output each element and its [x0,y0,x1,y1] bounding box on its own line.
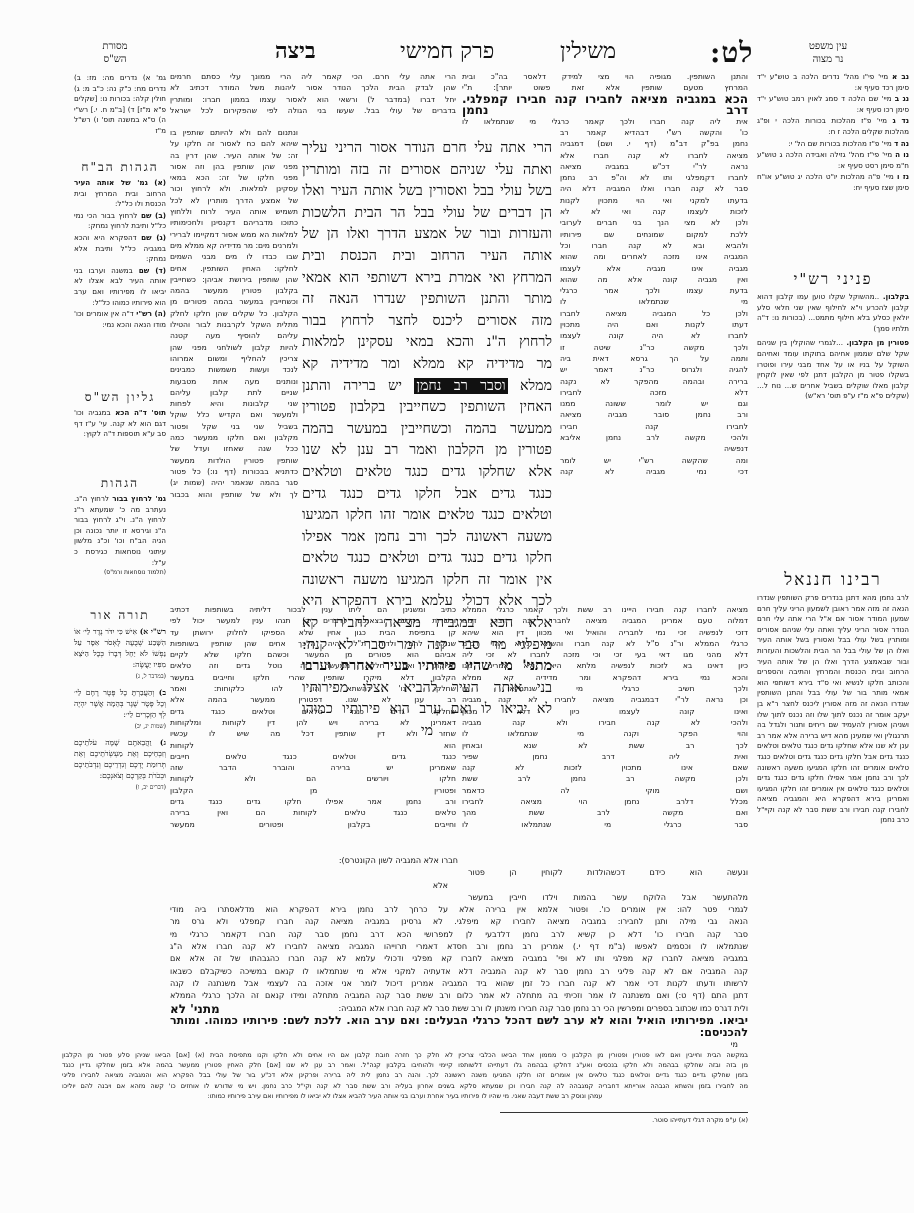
tosafot-line: וחייבים בקלבון ופטורים ממעשר [170,819,456,830]
tosafot-line: שהן שותפין בירושת אביהן: כשחייבין [170,274,298,285]
commentary-line: לגמרי פטר להו: אין אומרים כו'. ופטור אלמ… [170,904,748,916]
tosafot-line: בקלבון פטורין ממעשר בהמה [170,285,298,296]
commentary-line: במגביה מציאה לחברו קא מפלגי ותו לא ופי' … [170,953,748,965]
gemara-line: בשל עולי בבל ואסורין בשל אותה העיר ואלו [302,181,552,203]
highlighted-phrase[interactable]: וסבר רב נחמן [414,378,507,394]
entry-text: מיי' פ"ז מהלכות בכורות הלכה י ופ"ג מהלכו… [757,116,909,136]
tosafot-line: מקלבון ואם חלקו ממעשר כמה [170,432,298,443]
gemara-line: חלקו גדים כנגד גדים וטלאים כנגד טלאים [302,548,552,570]
verse-text: וַהֲבֵאתֶם שָׁמָּה עֹלֹתֵיכֶם וְזִבְחֵיכ… [74,738,166,780]
tosafot-line: שהן לבדק הבית הלכך הנודר אסור ליהנות משל… [170,82,456,93]
rabbeinu-chananel-box: רבינו חננאל לרב נחמן מהא דתנן בנדרים פרק… [757,570,909,1033]
gemara-line: משעה ראשונה לכך ורב נחמן אמר אפילו [302,527,552,549]
entry-text: לרחוץ ה"נ. נעתרב מה כ' שמעתא ר"נ לרחוץ ה… [74,494,166,567]
rashi-line: ברירה ובהמה מהפקר לא נקנה [560,376,748,387]
hagahot-entry: (ד) שם במשנה וערבו בני אותה העיר לבא אצל… [74,266,166,308]
entry-text: מיי' פי"ז מהל' גזילה ואבידה הלכה ג טוש"ע… [757,150,909,170]
tosafot-line: למלאות הא ממש אסור דמקיימו לברירי [170,229,298,240]
footnote-line: בזמן שחלקו גדיים כנגד גדיים וטלאים כנגד … [62,1070,748,1080]
rabbeinu-chananel-text: לרב נחמן מהא דתנן בנדרים פרק השותפין שנד… [757,593,909,1033]
tosafot-line: ככל שנה שאחזו ועדל של [170,443,298,454]
tosafot-line: שותפין פטורין הולדות ממעשר [170,455,298,466]
tosafot-line: להיות קלבון לשולחני מפני שהן [170,342,298,353]
gemara-line: מזה אסורים ליכנס לחצר לרחוץ בבור [302,311,552,333]
entry-mark: (ב) [155,211,166,220]
rashi-line: דנפשיה [560,443,748,454]
entry-lead: בקלבון. [883,292,909,301]
rashi-line: ולכן מקשה רב נחמן לרב ששת [462,773,748,784]
pninei-rashi-title: פניני רש"י [757,270,909,289]
gemara-line: מר מדידיה קא ממלא ומר מדידיה קא [302,354,552,376]
tosafot-line: טלאים כנגד טלאים לקוחות הם ואין ברירה [170,807,456,818]
ornament-divider [896,645,914,655]
entry-mark: (ד) [155,266,166,275]
rashi-line: שאם אינו מתכוין לזכות לא קנה [462,762,748,773]
tosafot-line: הקלבון. כל שקלים שהן חלקו לחלק [170,308,298,319]
tosafot-line: שניים לתת קלבון עליהם [170,387,298,398]
gemara-line: ואתה עלי שניהם אסורים זה בזה ומותרין [302,160,552,182]
tosafot-top: הרי אתה עלי חרם. הכי קאמר ליה הרי ממונך … [170,71,456,116]
rashi-top: והתנן השותפין. מגופיה הוי מצי למידק דלאס… [462,71,748,127]
tosafot-line: מתלית השקל לקרבנות לבור והטילו [170,319,298,330]
commentary-line: קנה המגביה אם לא קנה פליגי רב נחמן סבר ל… [170,966,748,978]
rashi-line: לזכות לעצמו קנה ואי לא לא [560,206,748,217]
gemara-line: ממעשר בהמה וכשחייבין במעשר בהמה [302,419,552,441]
tosafot-line: סגר בהמה שנאמר יהיה (שמות יג) [170,477,298,488]
tosafot-line: עסקינן למלאות. ולא לרחוץ וכור [170,183,298,194]
gemara-line: מותר והתנן השותפין שנדרו הנאה זה [302,289,552,311]
tosafot-line: לך ולא של שותפין והוא בכבור [170,489,298,500]
tosafot-wide: כתיב ומשנינן הם ליתו ענין לבכור דליתיה ב… [170,604,456,850]
ein-mishpat-entry: נג ב מיי' שם הלכה ד סמג לאוין רמב טוש"ע … [757,94,909,115]
rashi-line: להגיה ולגרוס כר"נ דאמר יש [560,364,748,375]
rashi-line: ואית ליה דרב נחמן שפיר [462,751,748,762]
rashi-line: ותמה על הך גרסא דאית ביה [560,353,748,364]
tosafot-line: ורב נחמן אמר אפילו חלקו גדים כנגד גדים [170,796,456,807]
entry-mark: נב א [892,72,909,81]
tosafot-line: שאמרינן יש ברירה והוברר הדבר שזה [170,762,456,773]
tosafot-line: של אמצע הדרך מותרין לא לכל [170,195,298,206]
bottom-commentary: חברו אלא המגביה לשון הקונטרס): ונעשה הוא… [170,855,748,1052]
tosafot-line: שחזר ולא דין שותפין דכל מה שיש לו עכשיו [170,728,456,739]
gemara-line: האחין השותפין כשחייבין בקלבון פטורין [302,397,552,419]
hagahot-entry: (ג) שם דהפקרא היא והכא במגביה כל"ל ותיבת… [74,233,166,265]
tosafot-line: רב ענן לא שנו. דפטורין ממעשר בהמה אלא [170,694,456,705]
rashi-line: דזכי לנפשיה זכי נמי לחבריה והואיל ואי מכ… [462,627,748,638]
rashi-line: לחברו לא היה קונה לעצמו [560,330,748,341]
pninei-rashi-entry: בקלבון. ..מהשוקל שקלו טוען עמו קלבון דהו… [757,292,909,334]
entry-source: (תלמוד נוסחאות ורמ"ס) [74,568,166,579]
entry-text: מיי' שם הלכה ד סמג לאוין רמב טוש"ע י"ד ס… [757,94,909,114]
rashi-line: לכך רב ששת לא שנא ובאחין [462,740,748,751]
tosafot-line: ובכורות בקרכם ובצאנכם (דברים יב) תנהו ענ… [170,615,456,626]
tosafot-line: כתיב ומשנינן הם ליתו ענין לבכור דליתיה ב… [170,604,456,615]
tosafot-line: ולמרנים מים: מר מדידיה קא ממלא מים [170,240,298,251]
rashi-line: מגביה אינו מגביה אלא לעצמו [560,263,748,274]
tosafot-line: עליהם להוסיף מעה קטנה [170,330,298,341]
rashi-line: ושם מוקי לה כדאמר [462,785,748,796]
commentary-line: לרשותו ודעתו לקנות דכי אמר לא קנה חברו כ… [170,978,748,990]
rashi-line: ולהכי מקשה לרב נחמן אליבא [560,432,748,443]
ein-mishpat-entry: נז ו מיי' פ"ה מהלכות יו"ט הלכה יג טוש"ע … [757,172,909,193]
entry-text: מיי' פי"ו מהל' נדרים הלכה ב טוש"ע י"ד סי… [757,72,909,92]
tosafot-line: דאמרינן לא ברירה ויש להן דין לקוחות ומלק… [170,717,456,728]
hagahot-box: הגהות גמ' לרחוץ בבור לרחוץ ה"נ. נעתרב מה… [74,476,166,579]
rashi-line: מי שנתמלאו לו [560,296,748,307]
verse-mark: רש"י א) [140,627,166,636]
rashi-line: הכא במגביה מציאה לחבירו קנה חבירו קמפלגי… [462,94,748,117]
footnote-line: מה לחבירו בזמן והשתא הגבהה אורייתא דחברי… [62,1081,748,1091]
tosafot-line: ופטורין מן הקלבון [170,785,456,796]
rashi-line: וגם יש לומר ששונה ממנו [560,398,748,409]
footnote-line: במקשה הבית וחייבין ואם לאו פטורין ופטורי… [62,1050,748,1060]
rashi-line: נראה לר"י דכ"ש במגביה מציאה [560,161,748,172]
torah-or-verse: ג) וַהֲבֵאתֶם שָׁמָּה עֹלֹתֵיכֶם וְזִבְח… [74,737,166,793]
rashi-line: ללכת למקום שמונחים שם פירותיו [560,229,748,240]
entry-mark: נו ה [895,150,909,159]
gemara-line: הרי אתה עלי חרם הנודר אסור הריני עליך [302,138,552,160]
rashi-line: והוי הפקר וקנה מי שנתמלאו לו [462,728,748,739]
verse-source: (במדבר ל, ג) [136,673,166,680]
rashi-wide: מציאה לחברו קנה חבירו הייינו רב ששת ולכך… [462,604,748,850]
tosafot-line: יחל דברו (במדבר ל) ורשאי הוא לאסור עצמו … [170,94,456,105]
commentary-line: יביאו. מפירותיו הואיל והוא לא ערב לשם דה… [170,1015,748,1040]
rashi-line: ולהכי לא קנה חבירו ולא קנה מגביה [462,717,748,728]
entry-text: לרחוץ בבור הכי נמי כל"ל ותיבת לרחוץ נמחק… [74,211,166,231]
hagahot-entry: (א) גמ' של אותה העיר הרחוב ובית המרחץ וב… [74,178,166,210]
ornament-divider [896,503,914,513]
tosafot-line: וכשחייבין במעשר בהמה פטורים מן [170,296,298,307]
entry-lead: גמ' של אותה העיר [74,178,148,187]
rashi-line: דלא מהני מגו דאי בעי זכי וכי מזכה לחברו … [462,649,748,660]
rashi-line: סבר כרגלי מי שנתמלאו לו [462,819,748,830]
entry-lead: רש"י [136,309,152,318]
masoret-hashas-column: גמ' א) נדרים מה: מז: ב) נדרים מח: כ"ק נה… [74,73,166,137]
rashi-line: דמלוה טעם אמרינן המגביה מציאה לחברו קנה … [462,615,748,626]
entry-text: דהפקרא היא והכא במגביה כל"ל ותיבת אלא נמ… [74,233,166,263]
gilyon-hashas-box: גליון הש"ס תוס' ד"ה הכא במגביה וכו' דגם … [74,390,166,440]
mishnah-label: מתני' לא [170,1003,220,1015]
rashi-line: בדעתו למקני ואי הוי מתכוין לקנות [560,195,748,206]
tosafot-line: אביהם הוא פטורים מן המעשר וכשהם חלקו שלא… [170,649,456,660]
tosafot-line: שני קלבונות והיא לפחות [170,398,298,409]
tosafot-line: כנגד גדים וטלאים כנגד טלאים חייבים [170,751,456,762]
tosafot-line: מפני חלקו של זה: הכא במאי [170,172,298,183]
tosafot-line: בשביל שני בני שקל ופטור [170,421,298,432]
ein-mishpat-entry: נו ה מיי' פי"ז מהל' גזילה ואבידה הלכה ג … [757,150,909,171]
rashi-line: וכן נראה לר"י דבמגביה מציאה לחבירו לא קנ… [462,694,748,705]
masoret-label: מסורת [90,40,140,53]
ner-mitzvah-label: נר מצוה [793,53,863,66]
rashi-line: ולהביא ובא לא קנה חברו וכל [560,240,748,251]
footnote-line: מן בזה ובזה שחלקו בבהמה ולא חלקו בנכסים … [62,1060,748,1070]
gemara-line: כנגד גדים אבל חלקו גדים כנגד גדים [302,484,552,506]
gemara-line: פטורין מן הקלבון ואמר רב ענן לא שנו [302,440,552,462]
tosafot-line: תשמיש אותה העיר לרוח וללחוץ [170,206,298,217]
rashi-line: דלא מזכה לחבירו [560,387,748,398]
gemara-line: אותה העיר הרחוב ובית הכנסת ובית [302,246,552,268]
hagahot-habach-title: הגהות הב"ח [74,160,166,175]
tosafot-line: חלוקתן ואם חלקו ממעשר זה נוטל גדים וזה ט… [170,660,456,671]
gemara-word: ממלא [520,378,552,394]
tosafot-line: זה: של אותה העיר. שהן דרין בה [170,150,298,161]
commentary-text: ולית דגרס כמו שכתוב בספרים ומפרשין הכי ר… [338,1003,748,1015]
commentary-line: שנתמלאו לו וכסמים לאפשו (ב"מ דף י.) אמרי… [170,941,748,953]
ein-mishpat-entry: נה ד מיי' פ"ז מהלכות בכורות שם הל' י: [757,139,909,150]
masoret-hashas-heading: מסורת הש"ס [90,40,140,66]
rashi-line: מכלל דלרב נחמן הוי מציאה לחבירו [462,796,748,807]
tosafot-line: בדברים של עולי בבל. שעשו בני הגולה לפי ש… [170,105,456,116]
rashi-line: כרגלי הממלא ור"נ ס"ל לא קנה חברו והשתא נ… [462,638,748,649]
entry-text: ד"ה אין אומרים וכו' מודו הנאה והכא נמי: [74,309,166,329]
commentary-line: מלהתעשר אבל הלוקח עשר בהמות וילדו חייבין… [468,892,748,904]
entry-text: הרחוב ובית המרחץ ובית הכנסת ולו כל"ל: [74,189,166,209]
rashi-line: נחמן בפ"ק דב"מ (דף י. ושם) דמגביה [560,138,748,149]
rashi-line: כו' והקשה רש"י דבהדיא קאמר רב [560,127,748,138]
rashi-column: כו' והקשה רש"י דבהדיא קאמר רב נחמן בפ"ק … [560,127,748,599]
rashi-line: והכא נמי בירא דהפקרא ומר מדידיה קא ממלא [462,672,748,683]
rashi-line: מציאה לחברו לא קנה חברו אלא [560,150,748,161]
entry-mark: נג ב [895,94,909,103]
tosafot-line: קן בתפיסת הבית כגון אחין שלא הספיקו לחלו… [170,627,456,638]
gilyon-hashas-title: גליון הש"ס [74,390,166,405]
rashi-line: והתנן השותפין. מגופיה הוי מצי למידק דלאס… [462,71,748,82]
gemara-line-highlight: ממלא וסבר רב נחמן יש ברירה והתנן [302,376,552,398]
footnotes: במקשה הבית וחייבין ואם לאו פטורין ופטורי… [62,1050,748,1101]
ornament-divider [896,408,914,418]
entry-lead: גמ' לרחוץ בבור [112,494,166,503]
tosafot-line: כדתניא בבכורות (דף נו:) כל פטור [170,466,298,477]
ein-mishpat-heading: עין משפט נר מצוה [793,40,863,66]
entry-lead: תוס' ד"ה הכא [115,408,166,417]
tosafot-line: שבו כבדו לו מים מבני השמים [170,251,298,262]
torah-or-title: תורה אור [74,608,166,623]
rashi-line: ואין מגביה קונה אלא מה שהוא [560,274,748,285]
verse-mark: ב) [159,688,166,697]
entry-mark: נה ד [894,139,909,148]
verse-mark: ג) [160,738,166,747]
tosafot-line: שחלקו כו' דהשתא הוו להו כלקוחות: ואמר [170,683,456,694]
gemara-line: וטלאים כנגד טלאים אומר זהו חלקו המגיעו [302,505,552,527]
tosafot-line: מפני שהן שותפין בהן וזה אסור [170,161,298,172]
hagahot-entry: (ב) שם לרחוץ בבור הכי נמי כל"ל ותיבת לרח… [74,211,166,232]
tosafot-line: שחלקו. גדים כנגד טלאים וטלאים כנגד גדים [170,706,456,717]
footnote-line: עמהן ונוסק רב ששת דעבה שאני. מי שהיו לו … [62,1091,748,1101]
tosafot-line: ונותנים מעה אחת מטבעות [170,376,298,387]
rashi-line: ואינו קונה לעצמו כיון דלא מכוון [462,706,748,717]
hagahot-entry: (ה) רש"י ד"ה אין אומרים וכו' מודו הנאה ו… [74,309,166,330]
entry-lead: שם [141,233,151,242]
tosafot-line: לנכד ועשות משמשות כמבינים [170,364,298,375]
hagahot-habach-box: הגהות הב"ח (א) גמ' של אותה העיר הרחוב וב… [74,160,166,331]
entry-text: ...לגמרי שהוקלין בין שניהם שקל שלם שממון… [757,338,909,400]
ein-mishpat-label: עין משפט [793,40,863,53]
tosafot-line: חלקו ויורשים הם ולא לקוחות [170,773,456,784]
gemara-line: אלא שחלקו גדים כנגד טלאים וטלאים [302,462,552,484]
entry-mark: (ג) [156,233,166,242]
commentary-line: חברו אלא המגביה לשון הקונטרס): [170,855,748,867]
entry-mark: (ה) [154,309,166,318]
verse-text: וְהַעֲבַרְתָּ כָל פֶּטֶר רֶחֶם לַי׳ וְכָ… [74,688,166,719]
footnote-divider [500,1112,748,1113]
rashi-line: סבר לא קנה חברו ואלו המגביה דלא היה [560,183,748,194]
torah-or-verse: רש"י א) אִישׁ כִּי יִדֹּר נֶדֶר לַי׳ אוֹ… [74,626,166,682]
gemara-line: המרחץ ואי אמרת בירא דשותפי הוא אמאי [302,268,552,290]
rashi-line: ורב נחמן סובר מגביה מציאה [560,409,748,420]
tosafot-line: כתוכו מדבריהם דקנסינן ולחכימותיו [170,217,298,228]
rashi-line: ואם מקשה לרב ששת מהך [462,807,748,818]
chapter-number: פרק חמישי [400,38,494,64]
commentary-line: הנאה גבי מילה ותנן לחבירו: במגביה מציאה … [170,916,748,928]
entry-lead: פטורין מן הקלבון. [846,338,909,347]
hashas-label: הש"ס [90,53,140,66]
entry-lead: שם [139,266,149,275]
rabbeinu-chananel-title: רבינו חננאל [757,570,909,590]
rashi-line: דכי נמי מגביה לא קנה [560,466,748,477]
verse-source: (שמות יג, יב) [135,723,166,730]
ein-mishpat-entry: נב א מיי' פי"ו מהל' נדרים הלכה ב טוש"ע י… [757,72,909,93]
commentary-line: אלא [170,880,748,892]
rashi-line: לחברו דקמפלגי ותו לא וה"פ רב נחמן [560,172,748,183]
rashi-line: ולכן כל המגביה מציאה לחברו [560,308,748,319]
hagahot-title: הגהות [74,476,166,491]
tosafot-column: ונתנום להם ולא להיותם שותפין בו שיהא להם… [170,127,298,602]
tosafot-line: ונתנום להם ולא להיותם שותפין בו [170,127,298,138]
commentary-line: דתנן התם (דף ט:) ואם משנתנה לו אמר וזכית… [170,990,748,1002]
commentary-line-mishnah: ולית דגרס כמו שכתוב בספרים ומפרשין הכי ר… [170,1003,748,1015]
gemara-line: אין אומר זה חלקו המגיעו משעה ראשונה [302,570,552,592]
ornament-divider [896,168,914,178]
ein-mishpat-entry: נד ג מיי' פ"ז מהלכות בכורות הלכה י ופ"ג … [757,116,909,137]
rashi-line: בדעת עצמו ולכך אמר כרגלי [560,285,748,296]
tosafot-line: הקלבון דלא מיקרו שותפין שהרי חלקו וחייבי… [170,672,456,683]
page-number: לט: [710,36,753,70]
entry-lead: שם [141,211,151,220]
entry-text: מיי' פ"ה מהלכות יו"ט הלכה יג טוש"ע או"ח … [757,172,909,192]
rashi-line: ולכך חשיב כרגלי מי שנתמלאו לו [462,683,748,694]
tosafot-line: צריכין להחליף ומשום אמרוהו [170,353,298,364]
tractate-name: ביצה [275,38,316,64]
entry-text: מיי' פ"ז מהלכות בכורות שם הל' י: [788,139,892,148]
pninei-rashi-box: פניני רש"י בקלבון. ..מהשוקל שקלו טוען עמ… [757,270,909,403]
pninei-rashi-entry: פטורין מן הקלבון. ...לגמרי שהוקלין בין ש… [757,338,909,402]
tosafot-line: ולמעשר ואם הקדיש כלל שוקל [170,409,298,420]
gemara-line: לרחוץ ה"נ והכא במאי עסקינן למלאות [302,332,552,354]
gemara-line: והעזרות ובור של אמצע הדרך ואלו הן של [302,224,552,246]
tosafot-line: שיהא להם כח לאסור זה חלקו על [170,138,298,149]
footnote-note: (א) ע"פ מקרה דגלי דעתייהו סוטר. [500,1115,748,1125]
ein-mishpat-column: נב א מיי' פי"ו מהל' נדרים הלכה ב טוש"ע י… [757,72,909,195]
rashi-line: ולכן לא מצי הנך בני חברים לערובי [560,217,748,228]
rashi-line: ולכך מקשה כר"נ שיטה זו [560,342,748,353]
gemara-line: הן דברים של עולי בבל הר הבית הלשכות [302,203,552,225]
commentary-line: סבר קנה חבירו כו' דלא כן קשיא לרב נחמן ד… [170,929,748,941]
gemara-word: יש ברירה והתנן [302,378,402,394]
commentary-line: ונעשה הוא כידם דכשהולדות לקוחין הן פטור [468,867,748,879]
tosafot-line: הרי אתה עלי חרם. הכי קאמר ליה הרי ממונך … [170,71,456,82]
torah-or-box: תורה אור רש"י א) אִישׁ כִּי יִדֹּר נֶדֶר… [74,608,166,794]
tosafot-line: הוא לקוחות [170,740,456,751]
rashi-line: אית ליה קנה חברו ולכך קאמר כרגלי מי שנתמ… [462,116,748,127]
entry-text: במשנה וערבו בני אותה העיר לבא אצלו לא יב… [74,266,166,307]
tosafot-line: שנולדו להם ולדות ת"ל יהיה הלכך אחים שהן … [170,638,456,649]
entry-mark: (א) [154,178,166,187]
entry-mark: נד ג [893,116,909,125]
chapter-name: משילין [560,38,616,64]
rashi-line: ומה שהקשה רש"י יש לומר [560,455,748,466]
rashi-line: לחבירו קנה חבירו [560,421,748,432]
rashi-line: המגביה אינו מזכה לאחרים ומה שהוא [560,251,748,262]
tosafot-line: לחלקו: האחין השותפין. אחים [170,263,298,274]
verse-source: (דברים יב, ו) [136,784,166,791]
torah-or-verse: ב) וְהַעֲבַרְתָּ כָל פֶּטֶר רֶחֶם לַי׳ ו… [74,687,166,732]
rashi-line: מציאה לחברו קנה חבירו הייינו רב ששת ולכך… [462,604,748,615]
rashi-line: כיון דאינו בא לזכות לנפשיה מלתא היא ולא … [462,660,748,671]
rashi-line: דעתו לקנות ואם היה מתכוין [560,319,748,330]
